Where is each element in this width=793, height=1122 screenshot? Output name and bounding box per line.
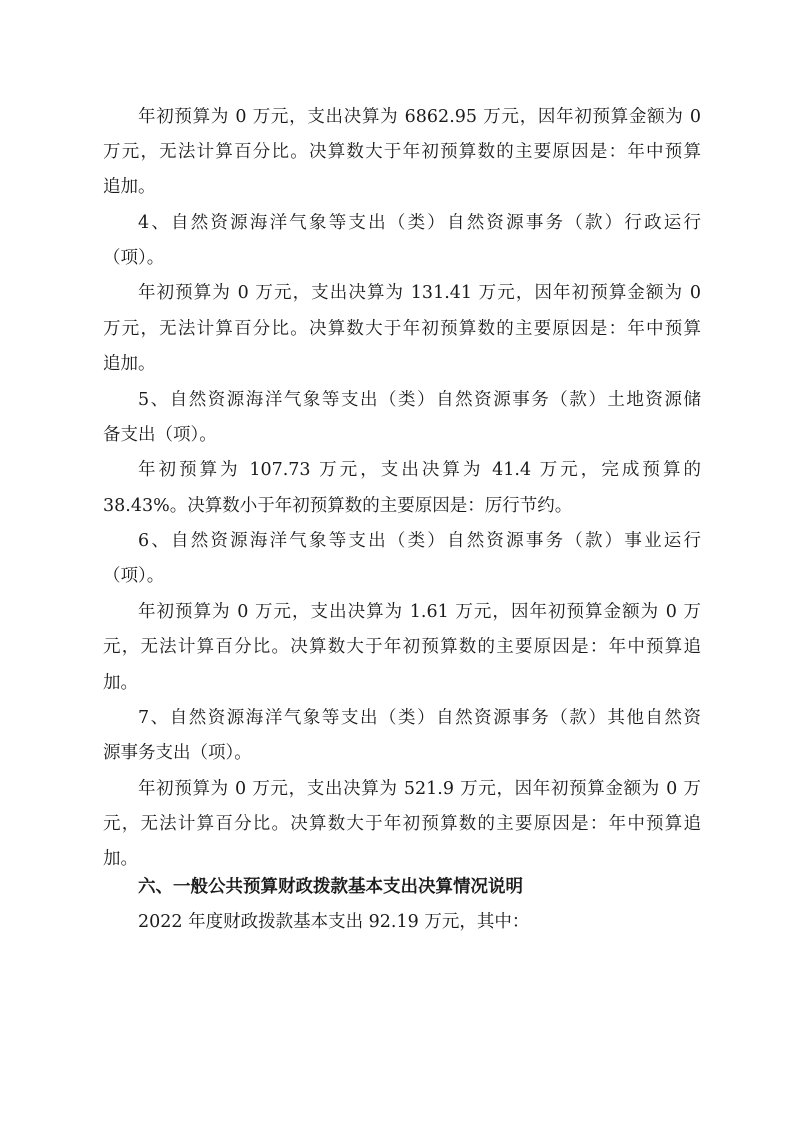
- paragraph-line: 2022 年度财政拨款基本支出 92.19 万元，其中：: [138, 911, 701, 933]
- item-heading-line: 7、自然资源海洋气象等支出（类）自然资源事务（款）其他自然资: [138, 707, 701, 729]
- paragraph-line: 元，无法计算百分比。决算数大于年初预算数的主要原因是：年中预算追: [103, 636, 701, 658]
- item-heading-line: 5、自然资源海洋气象等支出（类）自然资源事务（款）土地资源储: [138, 389, 701, 411]
- paragraph-line: 年初预算为 0 万元，支出决算为 1.61 万元，因年初预算金额为 0 万: [138, 601, 701, 623]
- paragraph-line: 追加。: [103, 176, 701, 198]
- paragraph-line: 加。: [103, 848, 701, 870]
- item-heading-line: 6、自然资源海洋气象等支出（类）自然资源事务（款）事业运行: [138, 530, 701, 552]
- item-heading-line: （项）。: [103, 247, 701, 269]
- paragraph-line: 加。: [103, 672, 701, 694]
- paragraph-line: 年初预算为 0 万元，支出决算为 131.41 万元，因年初预算金额为 0: [138, 282, 701, 304]
- paragraph-line: 元，无法计算百分比。决算数大于年初预算数的主要原因是：年中预算追: [103, 813, 701, 835]
- item-heading-line: 备支出（项）。: [103, 424, 701, 446]
- paragraph-line: 万元，无法计算百分比。决算数大于年初预算数的主要原因是：年中预算: [103, 141, 701, 163]
- paragraph-line: 年初预算为 0 万元，支出决算为 6862.95 万元，因年初预算金额为 0: [138, 106, 701, 128]
- section-heading: 六、一般公共预算财政拨款基本支出决算情况说明: [138, 876, 701, 898]
- paragraph-line: 追加。: [103, 353, 701, 375]
- paragraph-line: 万元，无法计算百分比。决算数大于年初预算数的主要原因是：年中预算: [103, 318, 701, 340]
- paragraph-line: 年初预算为 0 万元，支出决算为 521.9 万元，因年初预算金额为 0 万: [138, 778, 701, 800]
- item-heading-line: 源事务支出（项）。: [103, 742, 701, 764]
- item-heading-line: 4、自然资源海洋气象等支出（类）自然资源事务（款）行政运行: [138, 212, 701, 234]
- paragraph-line: 年初预算为 107.73 万元，支出决算为 41.4 万元，完成预算的: [138, 459, 701, 481]
- paragraph-line: 38.43%。决算数小于年初预算数的主要原因是：厉行节约。: [103, 495, 701, 517]
- item-heading-line: （项）。: [103, 565, 701, 587]
